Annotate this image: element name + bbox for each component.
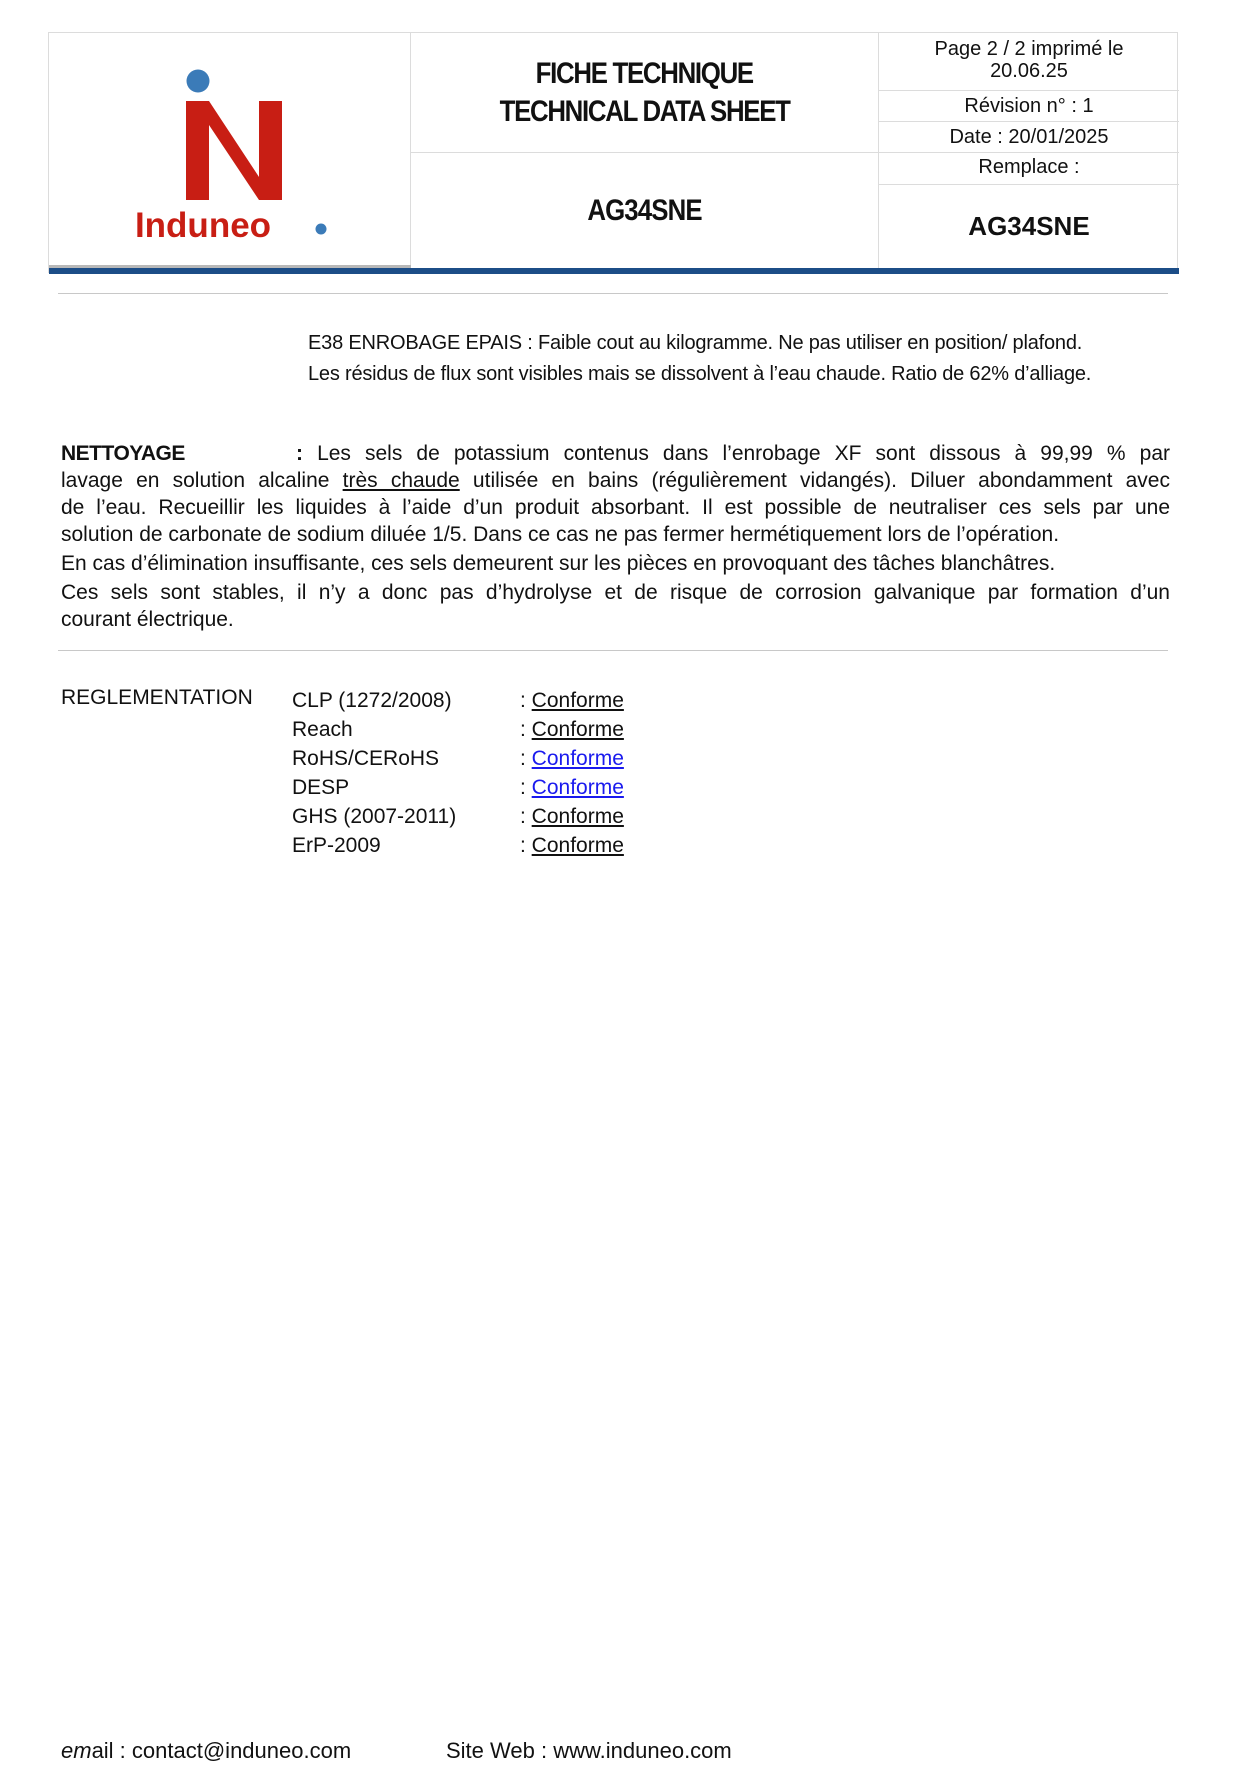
regulation-name: Reach <box>292 715 353 744</box>
regulation-status-link[interactable]: Conforme <box>532 805 624 828</box>
website-url[interactable]: www.induneo.com <box>553 1738 732 1763</box>
email-label: ail : <box>92 1738 132 1763</box>
cleaning-text-2b: utilisée en bains (régulièrement vidangé… <box>460 469 1170 492</box>
header-accent-bar <box>49 268 1179 274</box>
cleaning-section: NETTOYAGE: Les sels de potassium contenu… <box>61 440 1170 633</box>
cleaning-label: NETTOYAGE <box>61 440 296 467</box>
intro-text: E38 ENROBAGE EPAIS : Faible cout au kilo… <box>308 328 1091 390</box>
cleaning-line-7: courant électrique. <box>61 606 1170 633</box>
title-en: TECHNICAL DATA SHEET <box>499 93 789 131</box>
page-number: Page 2 / 2 imprimé le <box>879 38 1179 60</box>
regulation-name: GHS (2007-2011) <box>292 802 456 831</box>
cleaning-line-6: Ces sels sont stables, il n’y a donc pas… <box>61 579 1170 606</box>
meta-cell: Page 2 / 2 imprimé le 20.06.25 Révision … <box>879 33 1179 268</box>
regulation-separator: : <box>520 747 532 770</box>
cleaning-line-3: de l’eau. Recueillir les liquides à l’ai… <box>61 494 1170 521</box>
revision: Révision n° : 1 <box>879 91 1179 122</box>
logo-brand-text: Induneo <box>135 206 271 245</box>
cleaning-line-5: En cas d’élimination insuffisante, ces s… <box>61 550 1170 577</box>
regulation-status-link[interactable]: Conforme <box>532 718 624 741</box>
regulation-status: : Conforme <box>520 744 624 773</box>
revision-date: Date : 20/01/2025 <box>879 122 1179 153</box>
product-code: AG34SNE <box>587 194 701 228</box>
title-cell: FICHE TECHNIQUE TECHNICAL DATA SHEET AG3… <box>411 33 879 268</box>
regulation-status: : Conforme <box>520 831 624 860</box>
replaces-value: AG34SNE <box>879 185 1179 268</box>
cleaning-line-2: lavage en solution alcaline très chaude … <box>61 467 1170 494</box>
email-label-italic: em <box>61 1738 92 1763</box>
cleaning-line-4: solution de carbonate de sodium diluée 1… <box>61 521 1170 548</box>
regulation-status-link[interactable]: Conforme <box>532 834 624 857</box>
regulation-status-link[interactable]: Conforme <box>532 747 624 770</box>
regulation-separator: : <box>520 834 532 857</box>
cleaning-emphasis: très chaude <box>343 469 460 492</box>
divider-middle <box>58 650 1168 651</box>
footer-email: email : contact@induneo.com <box>61 1738 351 1764</box>
regulation-separator: : <box>520 689 532 712</box>
print-date: 20.06.25 <box>879 60 1179 82</box>
regulation-name: RoHS/CERoHS <box>292 744 439 773</box>
page-info: Page 2 / 2 imprimé le 20.06.25 <box>879 33 1179 91</box>
title-fr: FICHE TECHNIQUE <box>536 55 753 93</box>
regulation-status-link[interactable]: Conforme <box>532 776 624 799</box>
regulation-separator: : <box>520 718 532 741</box>
document-header: Induneo FICHE TECHNIQUE TECHNICAL DATA S… <box>48 32 1178 273</box>
regulation-status-link[interactable]: Conforme <box>532 689 624 712</box>
footer-website: Site Web : www.induneo.com <box>446 1738 732 1764</box>
regulation-status: : Conforme <box>520 715 624 744</box>
replaces-label: Remplace : <box>879 153 1179 185</box>
title-block: FICHE TECHNIQUE TECHNICAL DATA SHEET <box>411 33 878 153</box>
regulation-label: REGLEMENTATION <box>61 686 253 710</box>
regulation-name: CLP (1272/2008) <box>292 686 452 715</box>
regulation-separator: : <box>520 776 532 799</box>
regulation-separator: : <box>520 805 532 828</box>
divider-top <box>58 293 1168 294</box>
logo-blue-dot-icon <box>187 70 210 93</box>
logo-n-letter-icon <box>186 101 282 200</box>
product-block: AG34SNE <box>411 153 878 268</box>
logo-cell: Induneo <box>49 33 411 265</box>
cleaning-line-1: NETTOYAGE: Les sels de potassium contenu… <box>61 440 1170 467</box>
regulation-status: : Conforme <box>520 773 624 802</box>
induneo-logo: Induneo <box>49 33 411 265</box>
logo-small-dot-icon <box>316 224 327 235</box>
regulation-name: DESP <box>292 773 349 802</box>
cleaning-colon: : <box>296 442 303 465</box>
intro-line-1: E38 ENROBAGE EPAIS : Faible cout au kilo… <box>308 328 1091 359</box>
intro-line-2: Les résidus de flux sont visibles mais s… <box>308 359 1091 390</box>
email-address[interactable]: contact@induneo.com <box>132 1738 351 1763</box>
cleaning-text-1: Les sels de potassium contenus dans l’en… <box>317 442 1170 465</box>
regulation-name: ErP-2009 <box>292 831 381 860</box>
regulation-status: : Conforme <box>520 686 624 715</box>
regulation-status: : Conforme <box>520 802 624 831</box>
cleaning-text-2a: lavage en solution alcaline <box>61 469 343 492</box>
website-label: Site Web : <box>446 1738 553 1763</box>
